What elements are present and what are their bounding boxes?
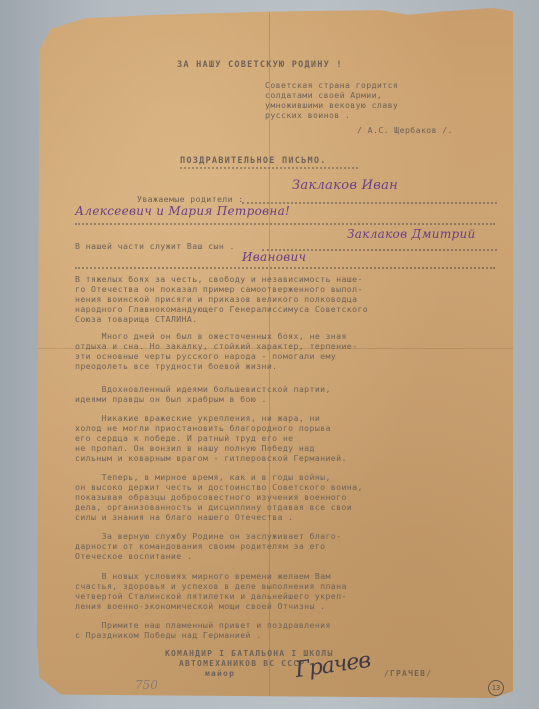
text-line: счастья, здоровья и успехов в деле выпол… [75, 581, 347, 592]
letter-title: ПОЗДРАВИТЕЛЬНОЕ ПИСЬМО. [180, 156, 327, 167]
text-line: го Отечества он показал пример самоотвер… [75, 284, 363, 295]
text-line: сильным и коварным врагом - гитлеровской… [75, 453, 347, 464]
commander-unit: АВТОМЕХАНИКОВ ВС СССР [179, 659, 305, 670]
handwritten-parents-line1: Заклаков Иван [292, 178, 398, 193]
salutation-label: Уважаемые родители : [137, 194, 244, 205]
text-line: показывая образцы добросовестного изучен… [75, 492, 347, 503]
text-line: В новых условиях мирного времени желаем … [75, 571, 331, 582]
text-line: Союза товарища СТАЛИНА. [75, 314, 198, 325]
text-line: не пропал. Он вонзил в нашу полную Побед… [75, 443, 315, 454]
epigraph-line: русских воинов . [265, 110, 350, 121]
letter-paper: ЗА НАШУ СОВЕТСКУЮ РОДИНУ ! Советская стр… [37, 8, 513, 698]
text-line: народного Главнокомандующего Генералисси… [75, 304, 368, 315]
handwritten-son-line1: Заклаков Дмитрий [347, 227, 476, 241]
text-line: За верную службу Родине он заслуживает б… [75, 531, 341, 542]
text-line: дарности от командования своим родителям… [75, 541, 325, 552]
text-line: дела, организованность и дисциплину отда… [75, 502, 352, 513]
epigraph-author: / А.С. Щербаков /. [357, 125, 453, 136]
text-line: его сердца к победе. И ратный труд его н… [75, 433, 294, 444]
text-line: четвертой Сталинской пятилетки и дальней… [75, 591, 347, 602]
pencil-note: 750 [135, 678, 158, 692]
slogan: ЗА НАШУ СОВЕТСКУЮ РОДИНУ ! [177, 60, 343, 71]
text-line: Никакие вражеские укрепления, ни жара, н… [75, 413, 320, 424]
text-line: Теперь, в мирное время, как и в годы вой… [75, 472, 331, 483]
text-line: идеями правды он был храбрым в бою . [75, 394, 267, 405]
handwritten-son-line2: Иванович [242, 250, 306, 264]
text-line: эти основные черты русского народа - пом… [75, 351, 336, 362]
handwritten-parents-line2: Алексеевич и Мария Петровна! [75, 204, 290, 218]
epigraph-line: умножившими вековую славу [265, 100, 398, 111]
text-line: холод не могли приостановить благородног… [75, 423, 331, 434]
title-underline [180, 167, 358, 169]
text-line: он высоко держит честь и достоинство Сов… [75, 482, 363, 493]
text-line: преодолеть все трудности боевой жизни. [75, 361, 278, 372]
text-line: отдыха и сна. Но закалку, стойкий характ… [75, 341, 357, 352]
text-line: нения воинской присяги и приказов велико… [75, 294, 357, 305]
text-line: силы и знания на благо нашего Отечества … [75, 512, 294, 523]
commander-rank: майор [205, 669, 235, 680]
text-line: Много дней он был в ожесточенных боях, н… [75, 331, 347, 342]
page-number-stamp: 13 [488, 680, 504, 696]
fill-line [75, 267, 495, 269]
text-line: В тяжелых боях за честь, свободу и незав… [75, 274, 363, 285]
text-line: с Праздником Победы над Германией . [75, 630, 262, 641]
fill-line [75, 223, 495, 225]
commander-name: /ГРАЧЕВ/ [384, 669, 432, 680]
epigraph-line: солдатами своей Армии, [265, 90, 382, 101]
serves-label: В нашей части служит Ваш сын . [75, 241, 235, 252]
text-line: Отеческое воспитание . [75, 551, 192, 562]
text-line: Примите наш пламенный привет и поздравле… [75, 620, 331, 631]
text-line: Вдохновленный идеями большевистской парт… [75, 384, 331, 395]
text-line: ления военно-экономической мощи своей От… [75, 601, 325, 612]
epigraph-line: Советская страна гордится [265, 80, 398, 91]
